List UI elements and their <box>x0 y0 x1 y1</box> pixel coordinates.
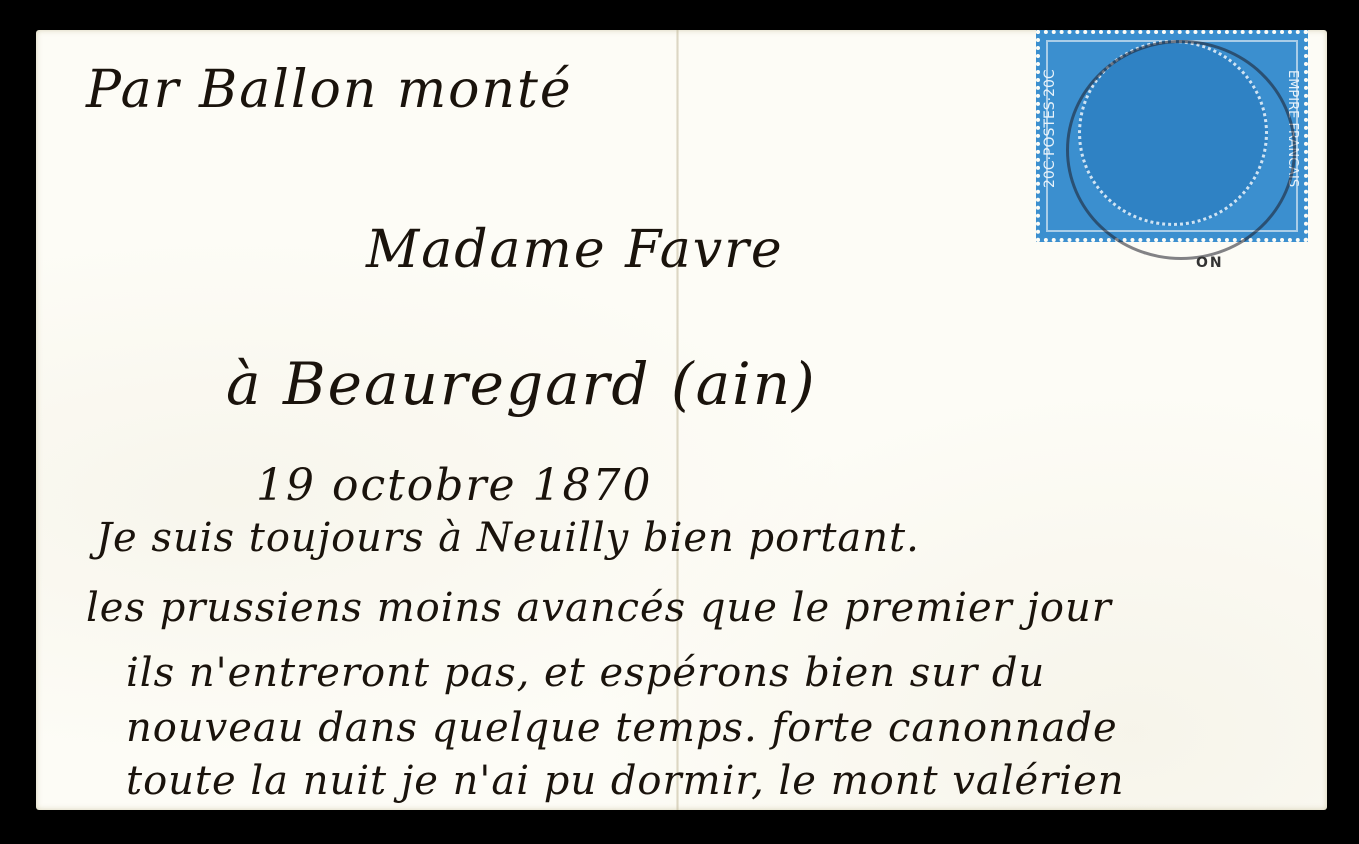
stamp-value-text: 20C·POSTES·20C <box>1042 44 1070 214</box>
postmark-cancel <box>1066 40 1296 260</box>
message-line: ils n'entreront pas, et espérons bien su… <box>126 650 1045 696</box>
recipient-name: Madame Favre <box>366 220 784 280</box>
message-line: les prussiens moins avancés que le premi… <box>86 585 1112 631</box>
letter-date: 19 octobre 1870 <box>256 460 652 511</box>
message-line: Je suis toujours à Neuilly bien portant. <box>96 515 920 561</box>
message-line: toute la nuit je n'ai pu dormir, le mont… <box>126 758 1125 804</box>
letter-card: Par Ballon monté Madame Favre à Beaurega… <box>36 30 1327 810</box>
message-line: nouveau dans quelque temps. forte canonn… <box>126 705 1118 751</box>
postmark-text: ON <box>1196 255 1224 271</box>
balloon-header: Par Ballon monté <box>86 60 573 120</box>
destination: à Beauregard (ain) <box>226 350 817 418</box>
